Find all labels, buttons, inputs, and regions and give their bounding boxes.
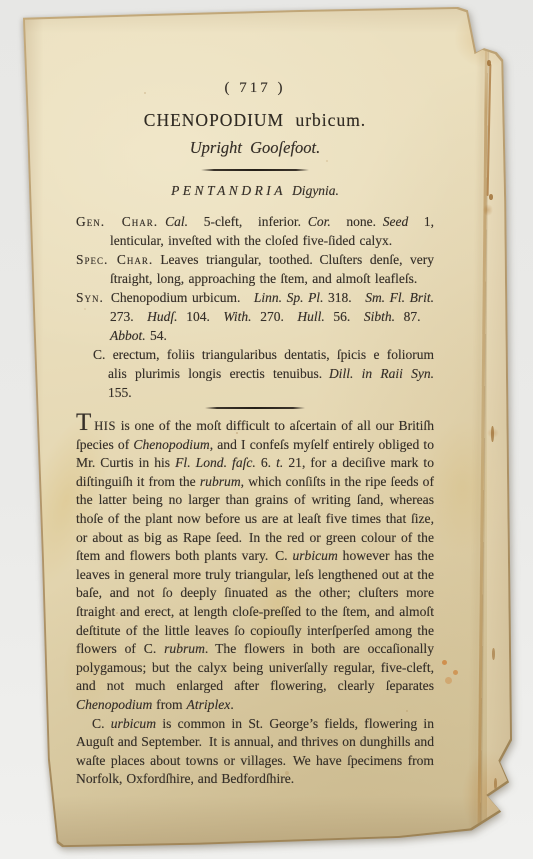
book-page: ( 717 ) CHENOPODIUM urbicum. Upright Goo… (22, 6, 512, 848)
page-edge: ( 717 ) CHENOPODIUM urbicum. Upright Goo… (22, 6, 512, 848)
entry-text: Leaves triangular, toothed. Cluſters den… (110, 252, 434, 286)
page-title: CHENOPODIUM urbicum. (76, 110, 434, 131)
stitch-mark (491, 426, 494, 442)
page-surface: ( 717 ) CHENOPODIUM urbicum. Upright Goo… (24, 8, 510, 846)
spec-char-entry: Spec. Char.Leaves triangular, toothed. C… (76, 250, 434, 288)
page-content: ( 717 ) CHENOPODIUM urbicum. Upright Goo… (76, 8, 434, 789)
body-paragraph: THIS is one of the moſt difficult to aſc… (76, 417, 434, 715)
stitch-mark (494, 778, 497, 790)
syn-entry: Syn.Chenopodium urbicum. Linn. Sp. Pl. 3… (76, 288, 434, 345)
entry-text: Chenopodium urbicum. Linn. Sp. Pl. 318. … (110, 290, 434, 343)
entries-block: Gen. Char.Cal. 5-cleft, inferior. Cor. n… (76, 212, 434, 402)
divider-rule (205, 407, 305, 409)
stitch-hole (487, 60, 491, 66)
gen-char-entry: Gen. Char.Cal. 5-cleft, inferior. Cor. n… (76, 212, 434, 250)
foxing-spots (442, 660, 447, 665)
entry-text: C. erectum, foliis triangularibus dentat… (93, 347, 434, 400)
stitch-thread (487, 64, 492, 196)
common-name: Upright Gooſefoot. (76, 138, 434, 158)
classification-line: PENTANDRIADigynia. (76, 183, 434, 199)
scan-background: ( 717 ) CHENOPODIUM urbicum. Upright Goo… (0, 0, 533, 859)
entry-label: Spec. Char. (76, 252, 153, 267)
stitch-hole (489, 194, 493, 200)
page-number: ( 717 ) (76, 80, 434, 97)
binding-fold-line (477, 48, 487, 830)
stain (462, 750, 520, 840)
divider-rule (201, 169, 309, 171)
latin-diagnosis-entry: C. erectum, foliis triangularibus dentat… (76, 345, 434, 402)
stain (422, 420, 502, 555)
foxing-specks (24, 8, 26, 10)
entry-label: Gen. Char. (76, 214, 158, 229)
entry-label: Syn. (76, 290, 104, 305)
entry-text: Cal. 5-cleft, inferior. Cor. none. Seed … (110, 214, 434, 248)
stitch-mark (492, 648, 495, 660)
body-paragraph: C. urbicum is common in St. George’s fie… (76, 715, 434, 789)
